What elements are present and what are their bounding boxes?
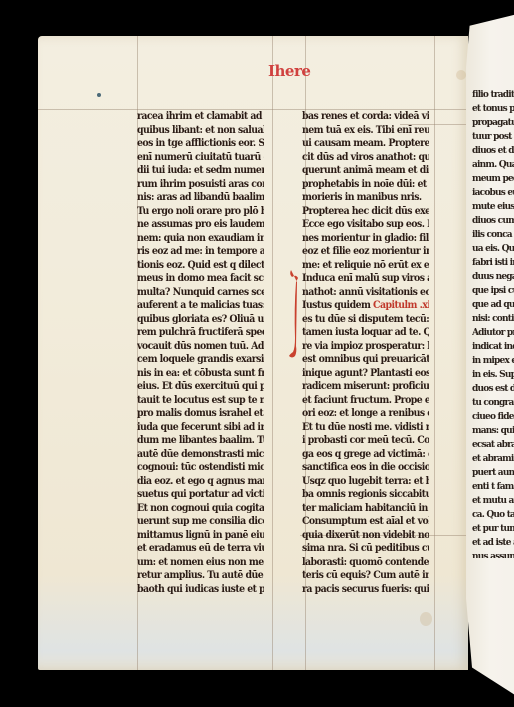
text-line: ca. Quo tanc — [472, 508, 514, 522]
text-line: et faciunt fructum. Prope es tu — [302, 394, 429, 408]
text-line: ter maliciam habitanciū in ea? — [302, 502, 429, 516]
text-line: auferent a te malicias tuas: i — [137, 299, 264, 313]
text-line: diuos cum q — [472, 214, 514, 228]
text-line: me: et reliquie nō erūt ex eis. — [302, 259, 429, 273]
text-line: in eis. Sup c — [472, 368, 514, 382]
text-line: est omnibus qui preuaricātur et — [302, 353, 429, 367]
facing-page-text: filio traditus: Aet tonus paterpropagatu… — [472, 88, 514, 558]
text-line: rem pulchrā fructiferā speciosā — [137, 326, 264, 340]
text-line: enti t famas — [472, 480, 514, 494]
text-line: mute eius: fu — [472, 200, 514, 214]
text-line: vocauit dūs nomen tuū. Ad vo — [137, 340, 264, 354]
text-line: ba omnis regionis siccabitur, p — [302, 488, 429, 502]
text-line: Ecce ego visitabo sup eos. Iuue — [302, 218, 429, 232]
red-initial-i-icon — [287, 268, 299, 360]
text-line: Consumptum est aīal et volucre: — [302, 515, 429, 529]
text-line: eos in tge afflictionis eor. Sedm — [137, 137, 264, 151]
text-line: enī numerū ciuitatū tuarū erāt — [137, 151, 264, 165]
text-line: tauit te locutus est sup te malū: — [137, 394, 264, 408]
text-line: indicat indici — [472, 340, 514, 354]
text-line: ciueo fidem — [472, 410, 514, 424]
text-line: radicem miserunt: proficiunt — [302, 380, 429, 394]
text-line: duus nega p — [472, 270, 514, 284]
text-line: quibus gloriata es? Oliuā ube — [137, 313, 264, 327]
text-line: sima nra. Si cū peditibus currē — [302, 542, 429, 556]
text-line: pro malis domus israhel et domus — [137, 407, 264, 421]
chapter-heading: Capitulm .xii. — [373, 299, 429, 311]
text-line: baoth qui iudicas iuste et pro — [137, 583, 264, 597]
text-line: Adiutor prat — [472, 326, 514, 340]
text-line: et mutu auqu — [472, 494, 514, 508]
text-line: ilis conca m — [472, 228, 514, 242]
text-line: et eradamus eū de terra viuenci — [137, 542, 264, 556]
running-head: Ihere — [268, 62, 310, 80]
text-line: iacobus eum — [472, 186, 514, 200]
text-line: um: et nomen eius non memo — [137, 556, 264, 570]
text-line: propagatur adi — [472, 116, 514, 130]
text-line: multa? Nunquid carnes sce — [137, 286, 264, 300]
text-line: nisi: continui — [472, 312, 514, 326]
text-line: dii tui iuda: et sedm numerū via — [137, 164, 264, 178]
text-line: in mipex eal — [472, 354, 514, 368]
text-line: tionis eoz. Quid est q dilectus — [137, 259, 264, 273]
text-line: eius. Et dūs exercituū qui plā — [137, 380, 264, 394]
text-line: que ipsi cum — [472, 284, 514, 298]
text-line: Tu ergo noli orare pro plō hoc: et — [137, 205, 264, 219]
paper-stain — [420, 612, 432, 626]
text-line: iuda que fecerunt sibi ad irritā — [137, 421, 264, 435]
text-line: querunt animā meam et dicunt: Nō — [302, 164, 429, 178]
text-line: i probasti cor meū tecū. Congre — [302, 434, 429, 448]
text-line: uerunt sup me consilia dicētes: — [137, 515, 264, 529]
text-line: suetus qui portatur ad victimā. — [137, 488, 264, 502]
text-line: dum me libantes baalim. Tu — [137, 434, 264, 448]
text-line: racea ihrim et clamabit ad cos — [137, 110, 264, 124]
ink-dot — [97, 93, 101, 97]
text-line: meum pedum — [472, 172, 514, 186]
text-line: bas renes et corda: videā vino — [302, 110, 429, 124]
text-line: eoz et filie eoz morientur in fa — [302, 245, 429, 259]
text-column-left: racea ihrim et clamabit ad cosquibus lib… — [137, 110, 275, 596]
text-line: ris eoz ad me: in tempore afflic — [137, 245, 264, 259]
text-line: ga eos q grege ad victimā: et — [302, 448, 429, 462]
text-line: mittamus lignū in panē eius — [137, 529, 264, 543]
text-line: Et non cognoui quia cogita — [137, 502, 264, 516]
text-line: quibus libant: et non saluabut — [137, 124, 264, 138]
text-line: nathot: annū visitationis eoz. — [302, 286, 429, 300]
text-line: morieris in manibus nris. — [302, 191, 429, 205]
text-line: ecsat abrani — [472, 438, 514, 452]
text-line: sanctifica eos in die occisionis. — [302, 461, 429, 475]
text-line: meus in domo mea facit scelera — [137, 272, 264, 286]
text-line: Propterea hec dicit dūs exercitu — [302, 205, 429, 219]
text-line: et pur tum — [472, 522, 514, 536]
text-line: et tonus pater — [472, 102, 514, 116]
text-line: retur amplius. Tu autē dūe sa — [137, 569, 264, 583]
text-line: Induca enī malū sup viros a — [302, 272, 429, 286]
paper-stain — [456, 70, 466, 80]
text-line: et ad iste abi — [472, 536, 514, 550]
text-line: nis in ea: et cōbusta sunt frutecta — [137, 367, 264, 381]
text-line: nem tuā ex eis. Tibi enī reuela — [302, 124, 429, 138]
text-line: dia eoz. et ego q agnus man — [137, 475, 264, 489]
text-line: es tu dūe si disputem tecū: veru — [302, 313, 429, 327]
text-line: ne assumas pro eis laudem et orō — [137, 218, 264, 232]
text-line: nes morientur in gladio: filii — [302, 232, 429, 246]
text-line: que ad quinq — [472, 298, 514, 312]
text-line: duos est dns — [472, 382, 514, 396]
text-line: filio traditus: A — [472, 88, 514, 102]
text-line: ui causam meam. Propterea hec di — [302, 137, 429, 151]
text-line: puert aum S — [472, 466, 514, 480]
text-line: rum ihrim posuisti aras confusio — [137, 178, 264, 192]
text-line: cem loquele grandis exarsit ig — [137, 353, 264, 367]
text-line: nem: quia non exaudiam in tpe clamo — [137, 232, 264, 246]
text-line: Iustus quidem Capitulm .xii. — [302, 299, 429, 313]
text-line: Et tu dūe nosti me. vidisti me — [302, 421, 429, 435]
text-line: et abrami r — [472, 452, 514, 466]
text-line: tuur post ipso — [472, 130, 514, 144]
text-line: tamen iusta loquar ad te. Qua — [302, 326, 429, 340]
text-line: mans: quia — [472, 424, 514, 438]
text-line: ainm. Quam — [472, 158, 514, 172]
text-line: nus assumq — [472, 550, 514, 558]
text-column-right: bas renes et corda: videā vinonem tuā ex… — [302, 110, 440, 596]
text-line: Usqz quo lugebit terra: et her — [302, 475, 429, 489]
text-line: re via impioz prosperatur: bene — [302, 340, 429, 354]
text-line: ra pacis securus fueris: quid fa — [302, 583, 429, 597]
text-line: cognoui: tūc ostendisti michi stu — [137, 461, 264, 475]
text-line: fabri isti ina — [472, 256, 514, 270]
text-line: ori eoz: et longe a renibus eoz. — [302, 407, 429, 421]
text-line: prophetabis in noīe dūi: et non — [302, 178, 429, 192]
text-line: autē dūe demonstrasti michi et — [137, 448, 264, 462]
text-line: diuos et dei — [472, 144, 514, 158]
text-line: teris cū equis? Cum autē in ter — [302, 569, 429, 583]
text-line: laborasti: quomō contendere po — [302, 556, 429, 570]
text-line: inique agunt? Plantasti eos i — [302, 367, 429, 381]
text-line: cit dūs ad viros anathot: qui — [302, 151, 429, 165]
text-line: nis: aras ad libandū baalim. — [137, 191, 264, 205]
text-line: quia dixerūt non videbit nouis — [302, 529, 429, 543]
text-line: tu congrat — [472, 396, 514, 410]
text-line: ua eis. Quod — [472, 242, 514, 256]
